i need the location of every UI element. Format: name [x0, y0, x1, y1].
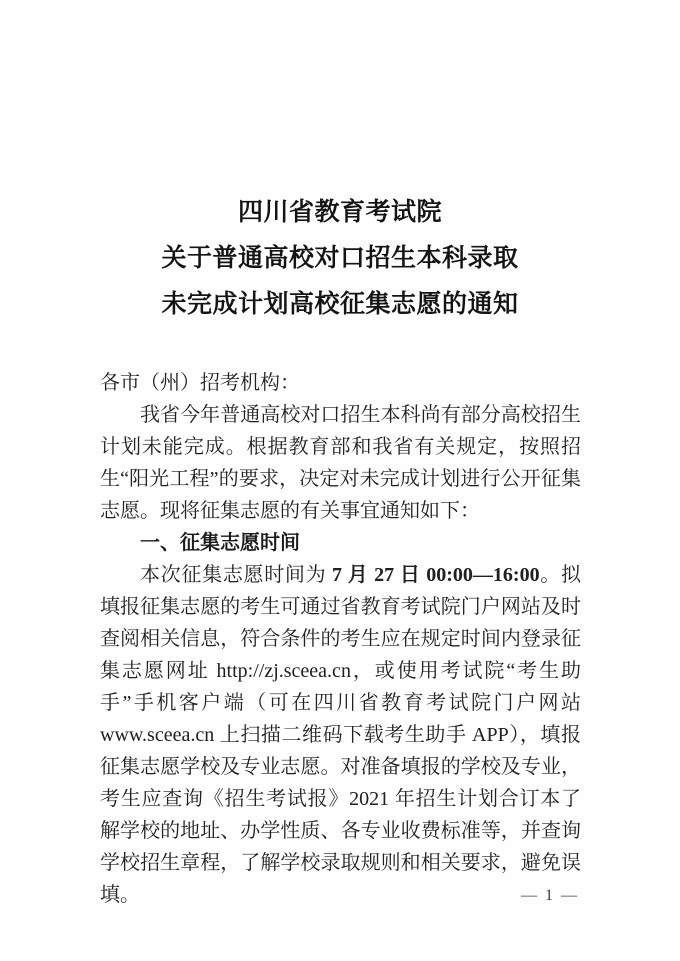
time-paragraph-rest: 。拟填报征集志愿的考生可通过省教育考试院门户网站及时查阅相关信息，符合条件的考生…	[100, 564, 581, 906]
time-paragraph-prefix: 本次征集志愿时间为	[140, 564, 332, 586]
title-line-subject-2: 未完成计划高校征集志愿的通知	[0, 282, 680, 328]
time-paragraph: 本次征集志愿时间为 7 月 27 日 00:00—16:00。拟填报征集志愿的考…	[100, 559, 581, 911]
time-paragraph-bold-datetime: 7 月 27 日 00:00—16:00	[332, 564, 540, 586]
section-heading-1: 一、征集志愿时间	[100, 527, 581, 559]
document-title: 四川省教育考试院 关于普通高校对口招生本科录取 未完成计划高校征集志愿的通知	[0, 190, 680, 328]
document-page: 四川省教育考试院 关于普通高校对口招生本科录取 未完成计划高校征集志愿的通知 各…	[0, 0, 680, 961]
salutation: 各市（州）招考机构：	[100, 367, 581, 399]
page-number: — 1 —	[521, 886, 579, 906]
title-line-issuer: 四川省教育考试院	[0, 190, 680, 236]
intro-paragraph: 我省今年普通高校对口招生本科尚有部分高校招生计划未能完成。根据教育部和我省有关规…	[100, 399, 581, 527]
title-line-subject-1: 关于普通高校对口招生本科录取	[0, 236, 680, 282]
document-body: 各市（州）招考机构： 我省今年普通高校对口招生本科尚有部分高校招生计划未能完成。…	[100, 367, 581, 911]
